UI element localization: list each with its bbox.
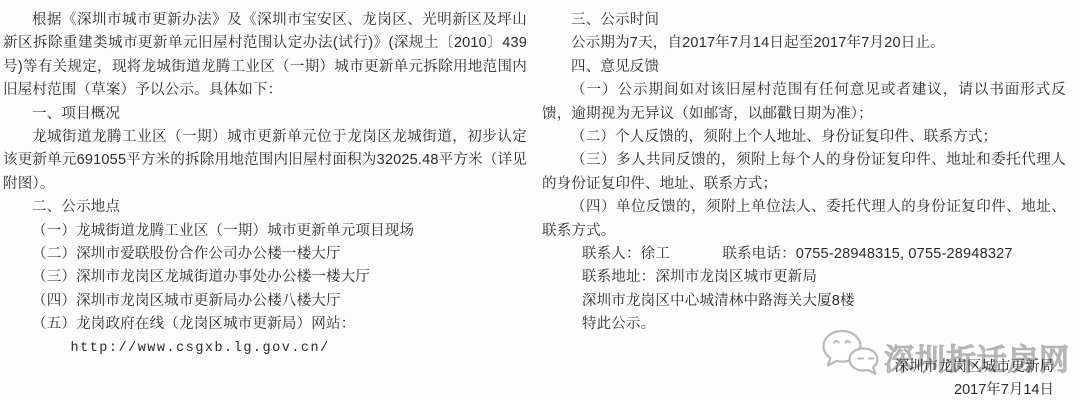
- wechat-icon: [818, 328, 882, 387]
- signature-organization: 深圳市龙岗区城市更新局: [895, 356, 1055, 379]
- section-1-body: 龙城街道龙腾工业区（一期）城市更新单元位于龙岗区龙城街道，初步认定该更新单元69…: [3, 126, 527, 196]
- website-url: http://www.csgxb.lg.gov.cn/: [3, 337, 527, 360]
- location-item-4: （四）深圳市龙岗区城市更新局办公楼八楼大厅: [3, 290, 527, 313]
- contact-phone: 联系电话：0755-28948315, 0755-28948327: [722, 246, 1012, 262]
- signature-block: 深圳市龙岗区城市更新局 2017年7月14日: [895, 356, 1055, 400]
- left-column: 根据《深圳市城市更新办法》及《深圳市宝安区、龙岗区、光明新区及坪山新区拆除重建类…: [3, 9, 527, 360]
- section-1-heading: 一、项目概况: [3, 103, 527, 126]
- contact-address-line2: 深圳市龙岗区中心城清林中路海关大厦8楼: [542, 290, 1066, 313]
- location-item-3: （三）深圳市龙岗区龙城街道办事处办公楼一楼大厅: [3, 266, 527, 289]
- contact-person: 联系人：徐工: [582, 246, 670, 262]
- feedback-item-4: （四）单位反馈的，须附上单位法人、委托代理人的身份证复印件、地址、联系方式。: [542, 196, 1066, 243]
- section-2-heading: 二、公示地点: [3, 196, 527, 219]
- location-item-5: （五）龙岗政府在线（龙岗区城市更新局）网站：: [3, 313, 527, 336]
- location-item-2: （二）深圳市爱联股份合作公司办公楼一楼大厅: [3, 243, 527, 266]
- closing-line: 特此公示。: [542, 313, 1066, 336]
- section-3-body: 公示期为7天，自2017年7月14日起至2017年7月20日止。: [542, 32, 1066, 55]
- location-item-1: （一）龙城街道龙腾工业区（一期）城市更新单元项目现场: [3, 220, 527, 243]
- feedback-item-2: （二）个人反馈的，须附上个人地址、身份证复印件、联系方式；: [542, 126, 1066, 149]
- demolition-notice-document: 根据《深圳市城市更新办法》及《深圳市宝安区、龙岗区、光明新区及坪山新区拆除重建类…: [0, 0, 1080, 400]
- feedback-item-3: （三）多人共同反馈的，须附上每个人的身份证复印件、地址和委托代理人的身份证复印件…: [542, 149, 1066, 196]
- contact-person-phone-line: 联系人：徐工联系电话：0755-28948315, 0755-28948327: [542, 243, 1066, 266]
- right-column: 三、公示时间 公示期为7天，自2017年7月14日起至2017年7月20日止。 …: [542, 9, 1066, 337]
- contact-address: 联系地址：深圳市龙岗区城市更新局: [542, 266, 1066, 289]
- section-3-heading: 三、公示时间: [542, 9, 1066, 32]
- intro-paragraph: 根据《深圳市城市更新办法》及《深圳市宝安区、龙岗区、光明新区及坪山新区拆除重建类…: [3, 9, 527, 103]
- section-4-heading: 四、意见反馈: [542, 56, 1066, 79]
- signature-date: 2017年7月14日: [895, 379, 1055, 400]
- feedback-item-1: （一）公示期间如对该旧屋村范围有任何意见或者建议，请以书面形式反馈，逾期视为无异…: [542, 79, 1066, 126]
